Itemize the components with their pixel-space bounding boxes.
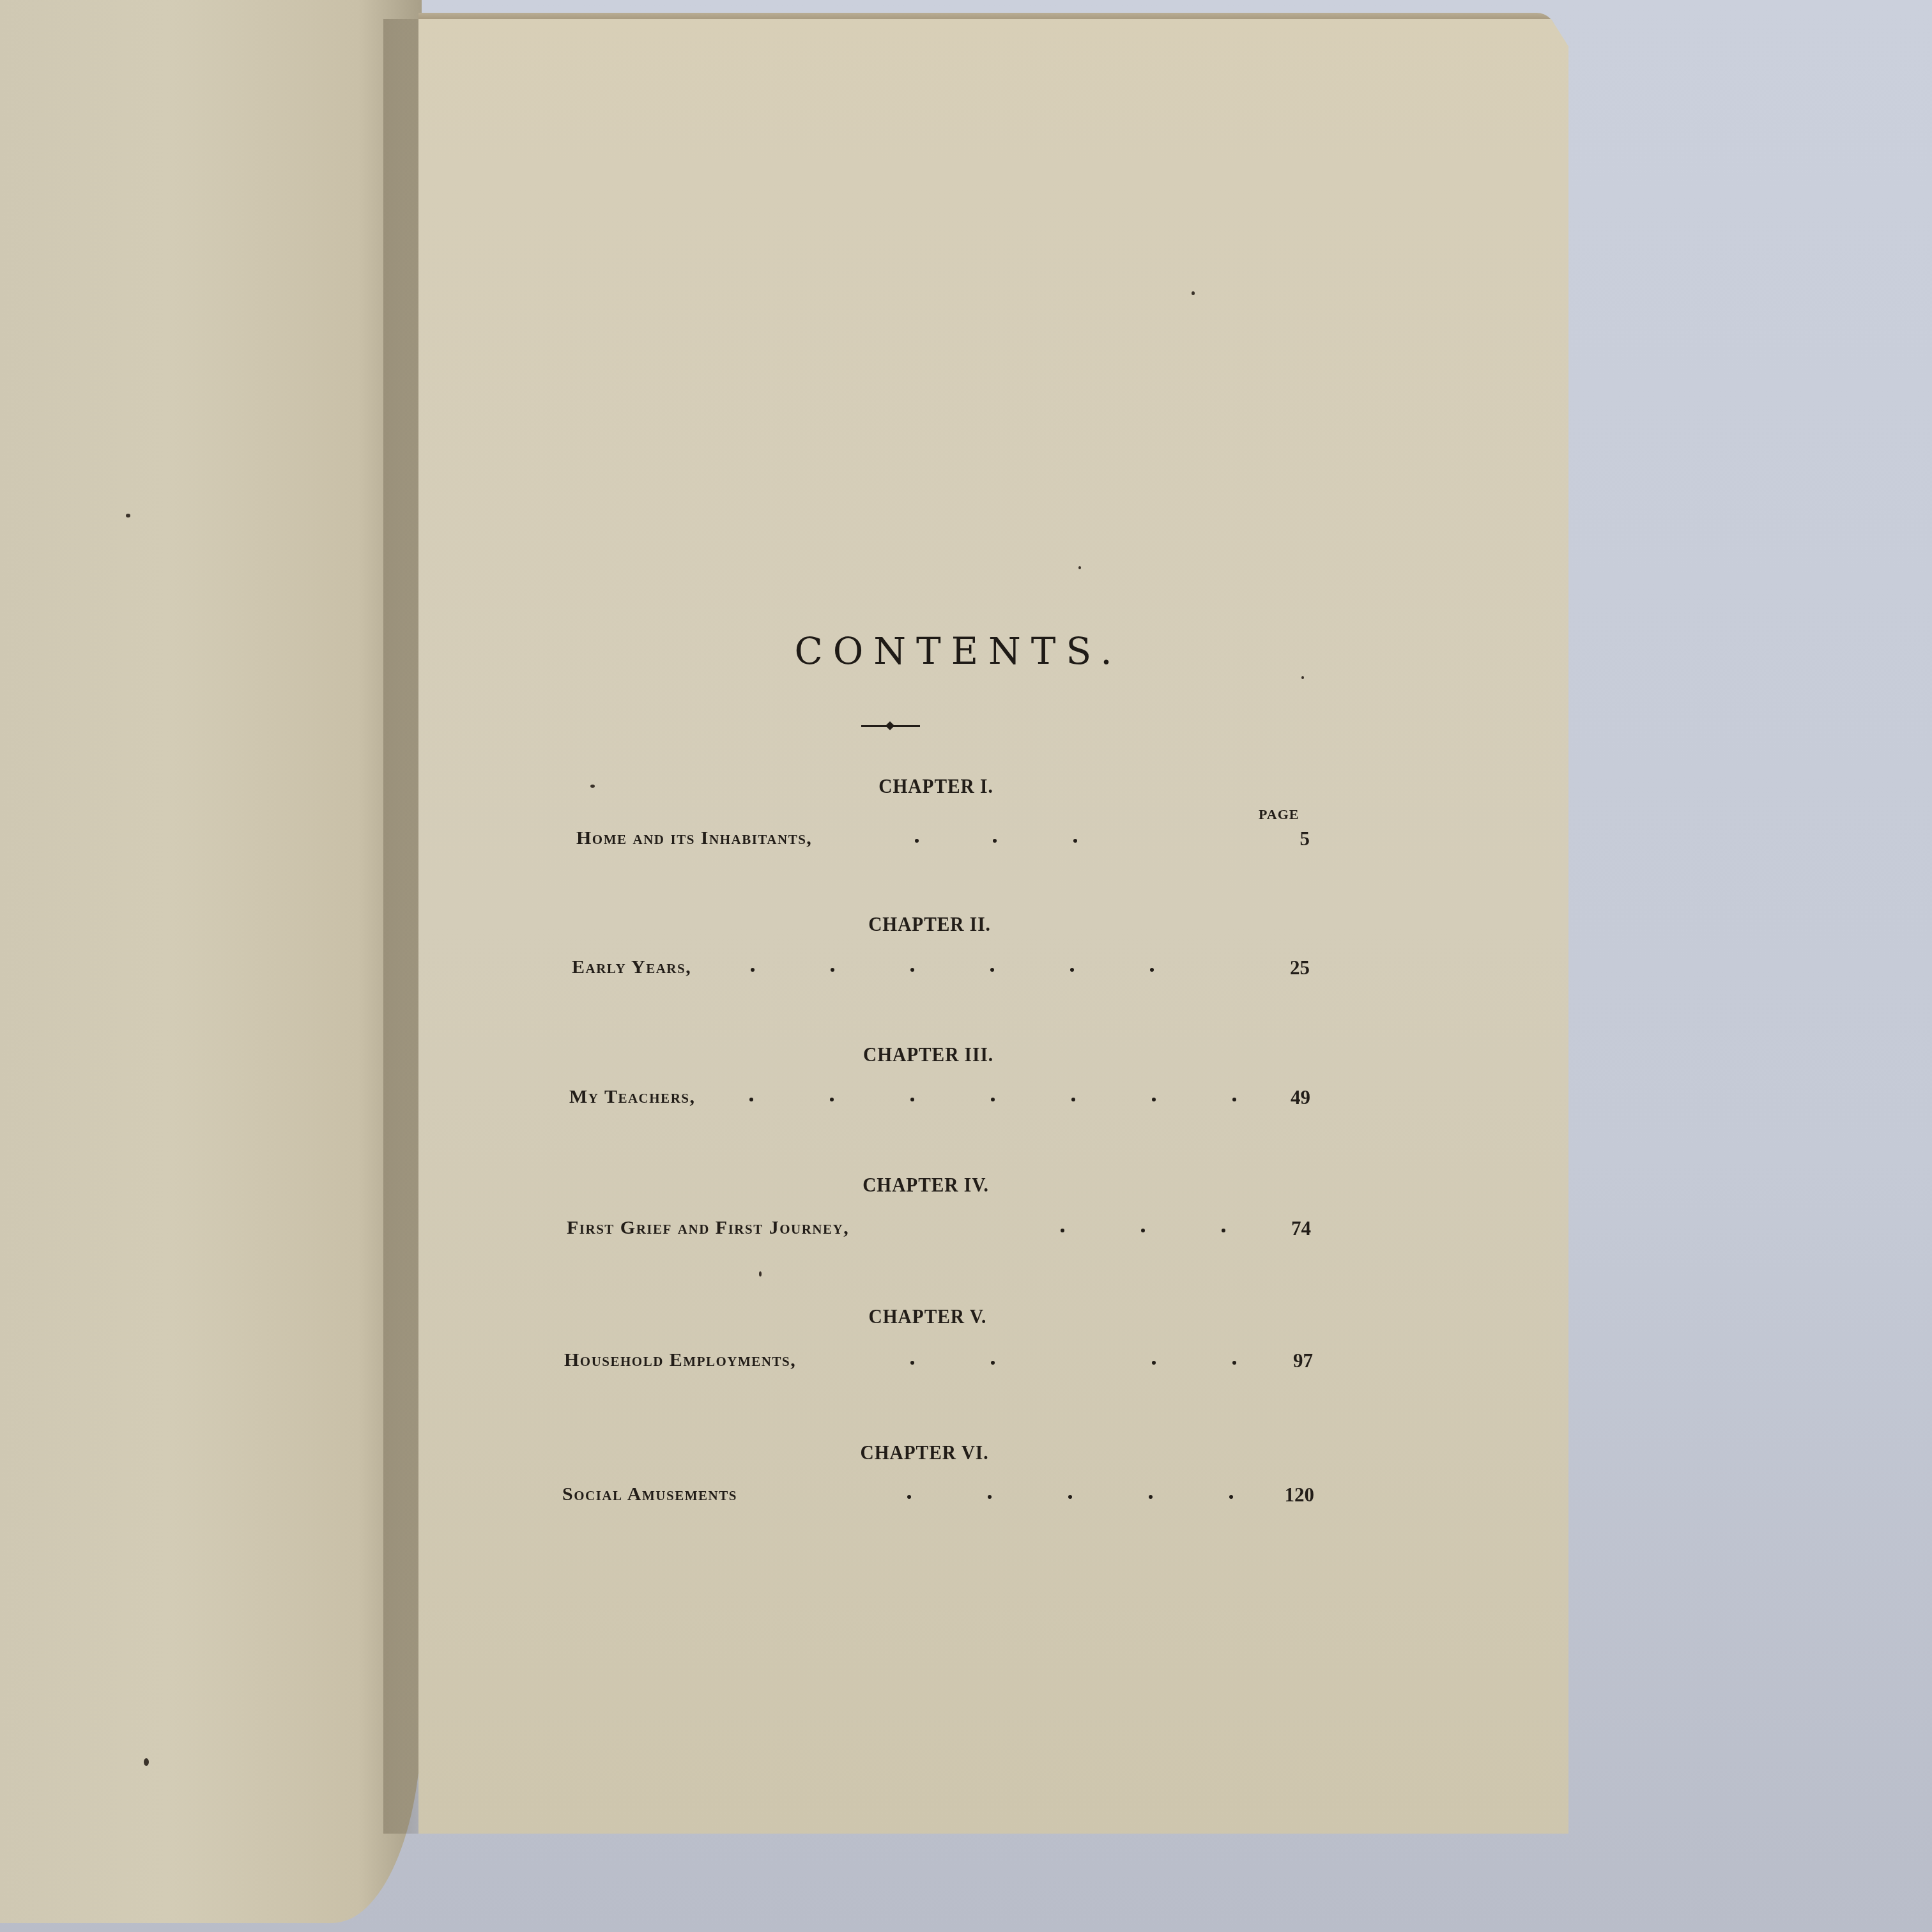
page-number: 25 [1290, 956, 1310, 979]
leader-dot [991, 1361, 995, 1365]
leader-dot [910, 1361, 914, 1365]
leader-dot [1222, 1229, 1225, 1232]
leader-dot [1071, 1098, 1075, 1101]
chapter-title: Early Years, [572, 956, 691, 978]
leader-dot [907, 1495, 911, 1499]
leader-dot [1152, 1361, 1156, 1365]
leader-dot [1068, 1495, 1072, 1499]
chapter-title: Household Employments, [564, 1349, 796, 1371]
leader-dot [993, 839, 997, 843]
chapter-heading: CHAPTER III. [723, 1043, 1134, 1066]
toc-entry[interactable]: My Teachers, 49 [569, 1086, 1310, 1112]
page-number: 97 [1293, 1349, 1313, 1372]
leader-dot [990, 968, 994, 972]
leader-dot [831, 968, 834, 972]
toc-entry[interactable]: First Grief and First Journey, 74 [567, 1217, 1311, 1243]
leader-dot [1232, 1098, 1236, 1101]
toc-entry[interactable]: Social Amusements 120 [562, 1483, 1314, 1509]
leader-dot [1141, 1229, 1145, 1232]
leader-dot [1061, 1229, 1064, 1232]
leader-dot [1150, 968, 1154, 972]
chapter-title: My Teachers, [569, 1086, 695, 1108]
leader-dot [988, 1495, 992, 1499]
toc-entry[interactable]: Household Employments, 97 [564, 1349, 1313, 1375]
chapter-heading: CHAPTER I. [730, 774, 1142, 798]
leader-dot [910, 1098, 914, 1101]
page-title: CONTENTS. [735, 629, 1182, 673]
chapter-heading: CHAPTER V. [722, 1305, 1133, 1328]
chapter-title: Home and its Inhabitants, [576, 827, 812, 849]
ink-speck [1301, 676, 1304, 679]
leader-dot [1152, 1098, 1156, 1101]
page-column-label: PAGE [1259, 806, 1299, 823]
page-number: 74 [1291, 1217, 1311, 1240]
toc-entry[interactable]: Early Years, 25 [572, 956, 1310, 982]
leader-dot [751, 968, 755, 972]
page-number: 5 [1300, 827, 1310, 850]
leader-dot [749, 1098, 753, 1101]
ink-speck [759, 1271, 762, 1276]
chapter-heading: CHAPTER IV. [720, 1173, 1131, 1197]
chapter-heading: CHAPTER II. [724, 912, 1135, 936]
toc-entry[interactable]: Home and its Inhabitants, 5 [576, 827, 1310, 853]
ornament-rule-icon [861, 722, 920, 730]
leader-dot [915, 839, 919, 843]
leader-dot [1149, 1495, 1153, 1499]
leader-dot [830, 1098, 834, 1101]
ink-speck [1192, 291, 1195, 295]
page-number: 120 [1285, 1483, 1315, 1506]
leader-dot [1229, 1495, 1233, 1499]
page-number: 49 [1291, 1086, 1310, 1109]
ink-speck [590, 785, 595, 788]
leader-dot [1070, 968, 1074, 972]
chapter-heading: CHAPTER VI. [719, 1441, 1130, 1464]
leader-dot [910, 968, 914, 972]
leader-dot [991, 1098, 995, 1101]
ink-speck [144, 1758, 149, 1766]
chapter-title: Social Amusements [562, 1483, 737, 1505]
table-of-contents: CONTENTS. PAGE CHAPTER I. Home and its I… [0, 0, 1932, 1932]
ink-speck [126, 514, 130, 517]
leader-dot [1232, 1361, 1236, 1365]
leader-dot [1073, 839, 1077, 843]
ink-speck [1078, 566, 1081, 569]
chapter-title: First Grief and First Journey, [567, 1217, 849, 1239]
